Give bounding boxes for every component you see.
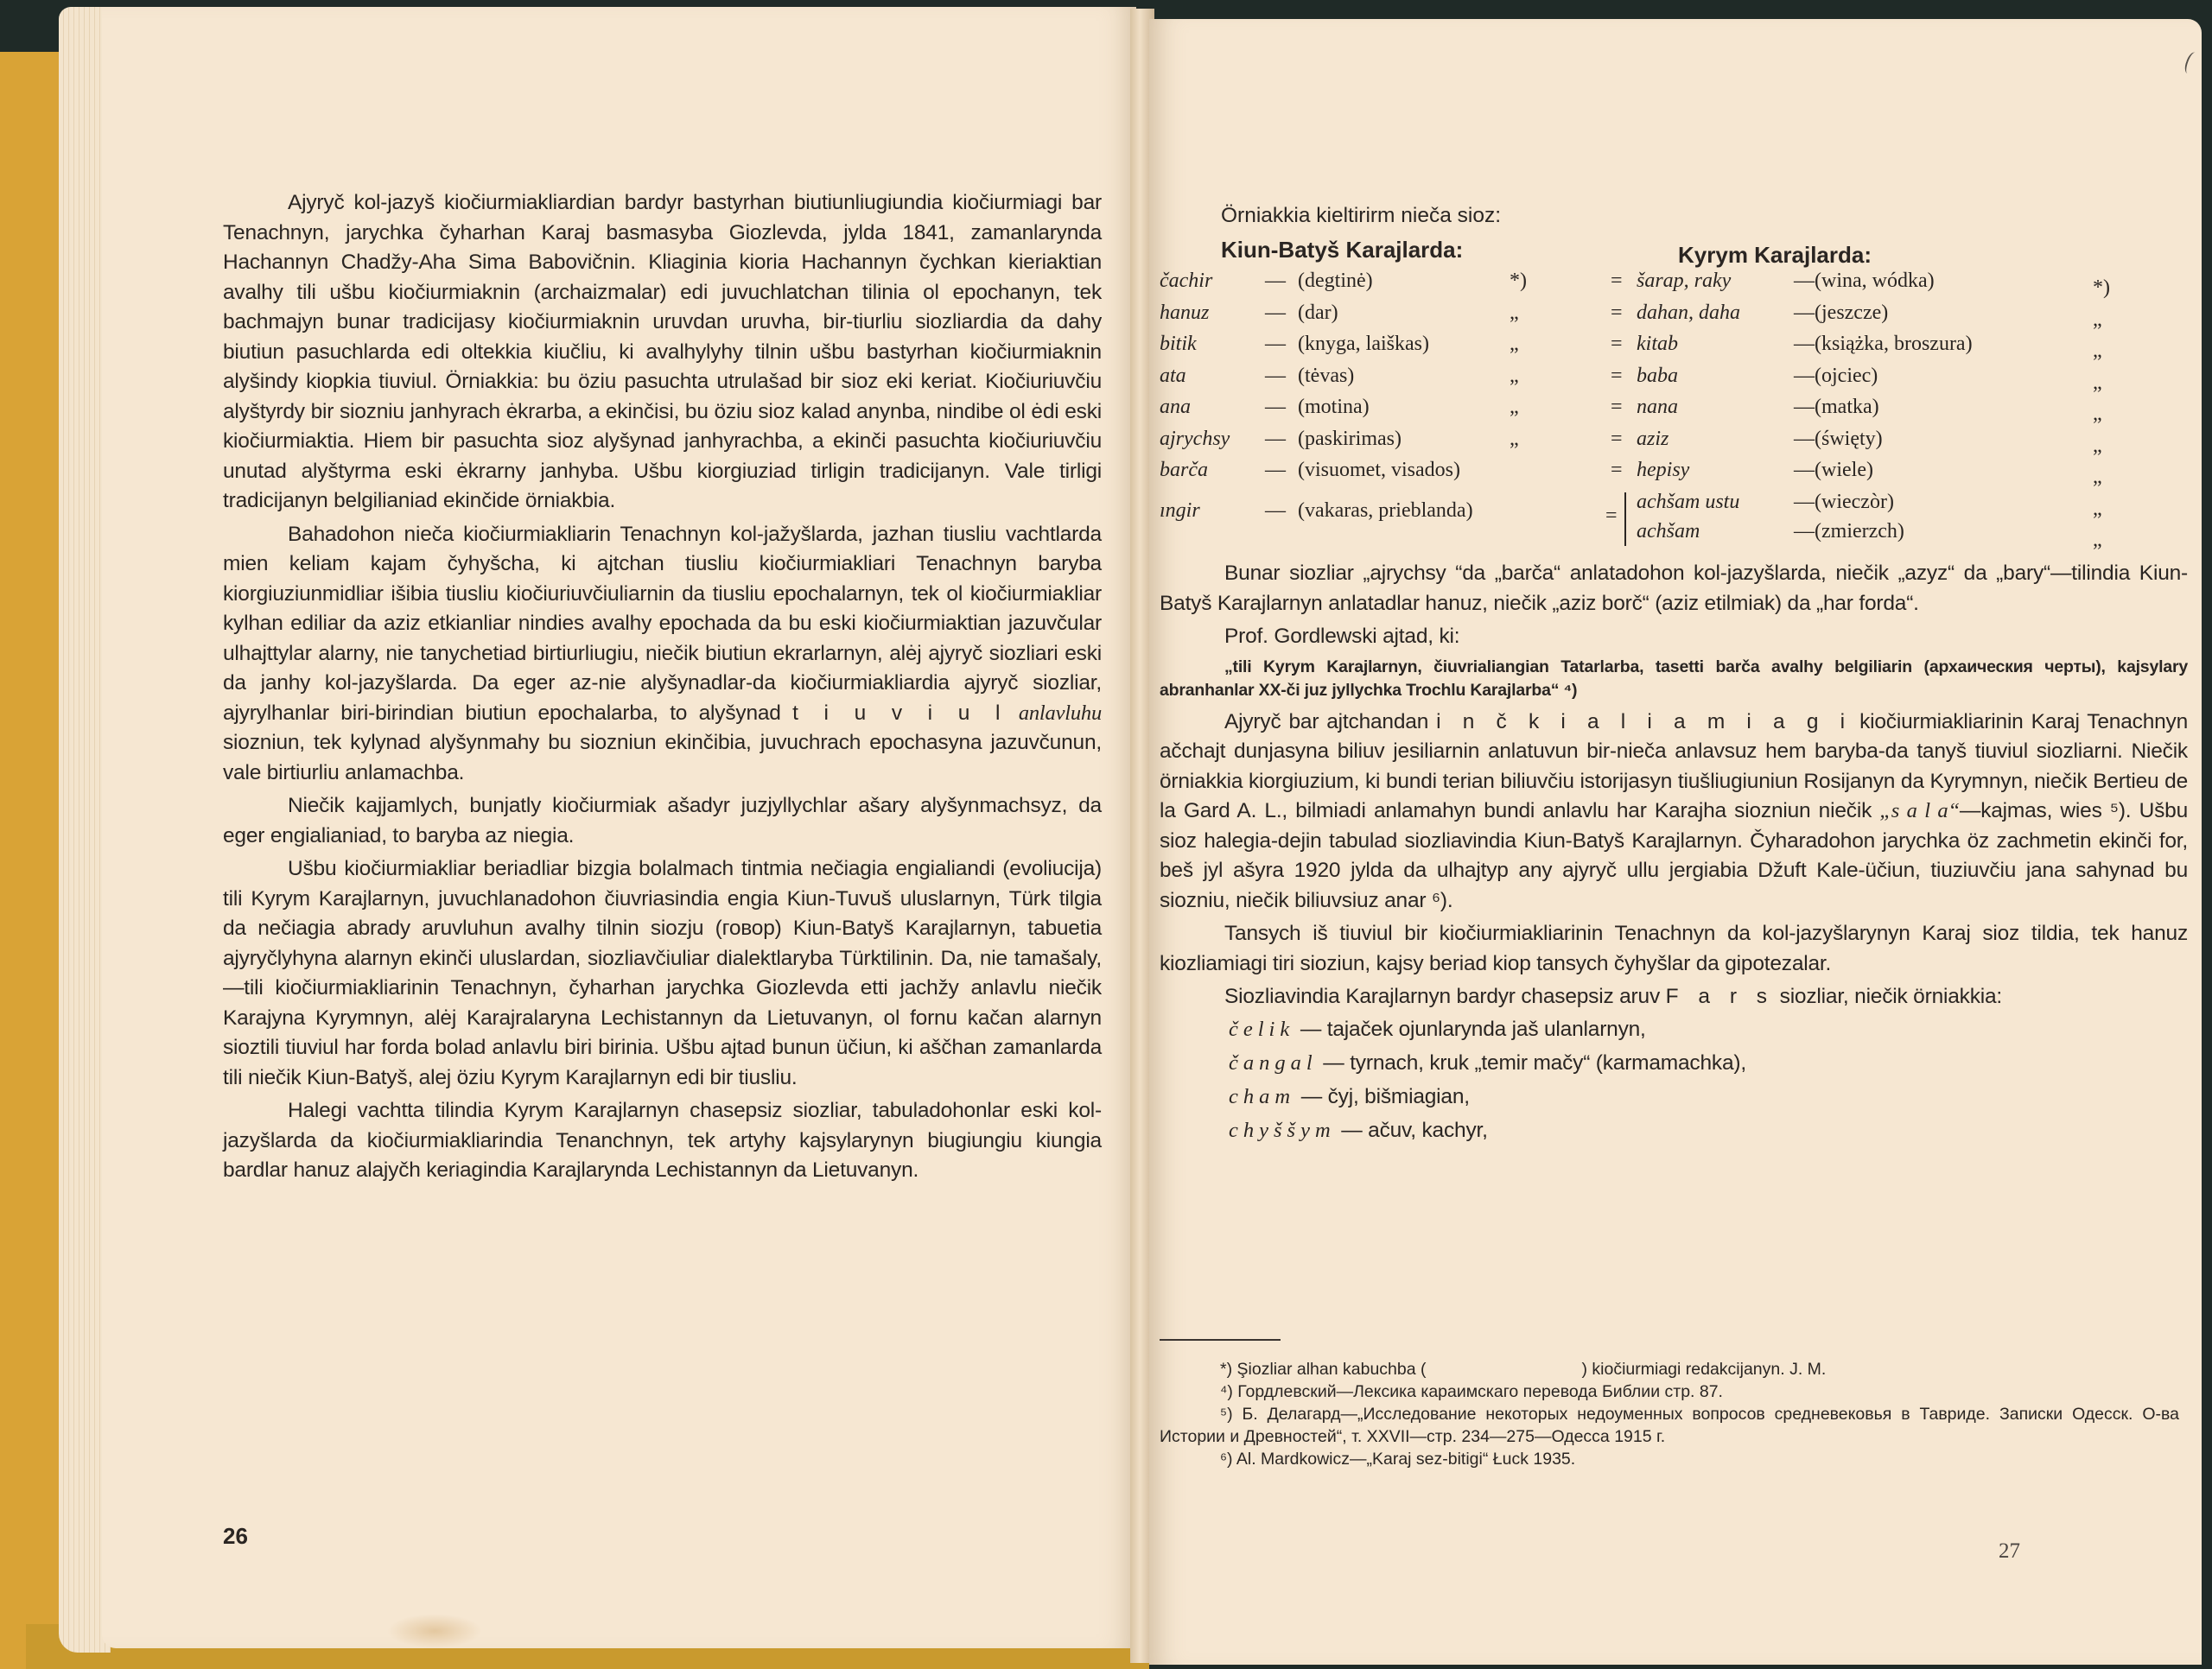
farsi-word-list: čelik — tajaček ojunlarynda jaš ulanlarn…	[1229, 1012, 2188, 1147]
paragraph-bunar: Bunar siozliar „ajrychsy “da „barča“ anl…	[1160, 559, 2188, 619]
left-page-text: Ajyryč kol-jazyš kiočiurmiakliardian bar…	[223, 188, 1102, 1186]
vocab-row: barča—(visuomet, visados)=hepisy—(wiele)…	[1160, 459, 2188, 491]
paragraph-5: Halegi vachtta tilindia Kyrym Karajlarny…	[223, 1096, 1102, 1186]
vocab-row: bitik—(knyga, laiškas)„=kitab—(książka, …	[1160, 333, 2188, 365]
spaced-emphasis: t i u v i u l	[792, 701, 1007, 725]
footnote-divider	[1160, 1339, 1281, 1341]
spaced-emphasis: i n č k i a l i a m i a g i	[1436, 710, 1852, 733]
vocab-row: ajrychsy—(paskirimas)„=aziz—(święty)„	[1160, 428, 2188, 460]
list-item: chyššym — ačuv, kachyr,	[1229, 1114, 2188, 1147]
list-item: cham — čyj, bišmiagian,	[1229, 1080, 2188, 1114]
vocab-row: čachir—(degtinė)*)=šarap, raky—(wina, wó…	[1160, 270, 2188, 301]
footnote: *) Şiozliar alhan kabuchba () kiočiurmia…	[1160, 1358, 2179, 1380]
block-quote: „tili Kyrym Karajlarnyn, čiuvrialiangian…	[1160, 656, 2188, 702]
list-item: čangal — tyrnach, kruk „temir mačy“ (kar…	[1229, 1046, 2188, 1080]
footnote: ⁵) Б. Делагард—„Исследование некоторых н…	[1160, 1403, 2179, 1448]
page-number-right: 27	[1999, 1539, 2020, 1564]
paragraph-2: Bahadohon nieča kiočiurmiakliarin Tenach…	[223, 520, 1102, 789]
spaced-emphasis: F a r s	[1666, 985, 1774, 1008]
paragraph-ajyryc: Ajyryč bar ajtchandan i n č k i a l i a …	[1160, 708, 2188, 917]
page-number-left: 26	[223, 1523, 248, 1550]
paper-stain	[387, 1614, 482, 1648]
vocab-row: ana—(motina)„=nana—(matka)„	[1160, 396, 2188, 428]
paragraph-tansych: Tansych iš tiuviul bir kiočiurmiakliarin…	[1160, 919, 2188, 979]
paragraph-4: Ušbu kiočiurmiakliar beriadliar bizgia b…	[223, 854, 1102, 1093]
footnote: ⁴) Гордлевский—Лексика караимскаго перев…	[1160, 1380, 2179, 1403]
column-header-crimea: Kyrym Karajlarda:	[1678, 242, 1872, 269]
right-page: Örniakkia kieltirirm nieča sioz: Kiun-Ba…	[1149, 19, 2202, 1665]
italic-emphasis: „s a l a“	[1879, 799, 1960, 822]
paragraph-prof: Prof. Gordlewski ajtad, ki:	[1160, 622, 2188, 652]
brace	[1624, 492, 1630, 546]
footnotes: *) Şiozliar alhan kabuchba () kiočiurmia…	[1160, 1358, 2179, 1470]
vocab-row: ata—(tėvas)„=baba—(ojciec)„	[1160, 365, 2188, 397]
paragraph-1: Ajyryč kol-jazyš kiočiurmiakliardian bar…	[223, 188, 1102, 517]
intro-line: Örniakkia kieltirirm nieča sioz:	[1221, 204, 1501, 228]
vocab-row: ıngir—(vakaras, prieblanda)= achšam ustu…	[1160, 491, 2188, 551]
right-page-text: Bunar siozliar „ajrychsy “da „barča“ anl…	[1160, 559, 2188, 1147]
footnote: ⁶) Al. Mardkowicz—„Karaj sez-bitigi“ Łuc…	[1160, 1448, 2179, 1470]
left-page: Ajyryč kol-jazyš kiočiurmiakliardian bar…	[102, 7, 1136, 1648]
paragraph-siozliav: Siozliavindia Karajlarnyn bardyr chaseps…	[1160, 982, 2188, 1012]
paragraph-3: Niečik kajjamlych, bunjatly kiočiurmiak …	[223, 791, 1102, 851]
column-header-west: Kiun-Batyš Karajlarda:	[1221, 237, 1463, 263]
vocabulary-table: čachir—(degtinė)*)=šarap, raky—(wina, wó…	[1160, 270, 2188, 551]
vocab-row: hanuz—(dar)„=dahan, daha—(jeszcze)„	[1160, 301, 2188, 333]
italic-emphasis: anlavluhu	[1019, 701, 1102, 725]
list-item: čelik — tajaček ojunlarynda jaš ulanlarn…	[1229, 1012, 2188, 1046]
